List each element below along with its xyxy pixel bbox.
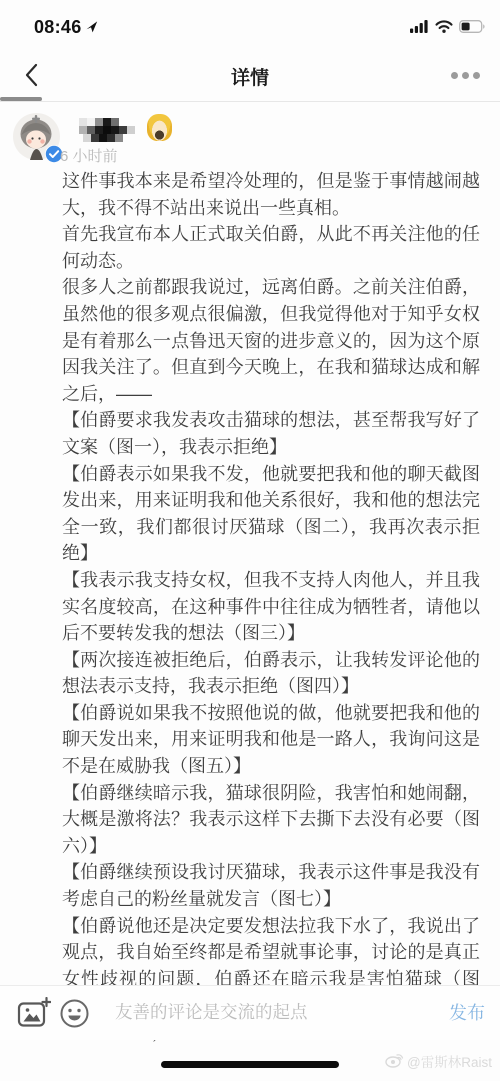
post-paragraph: 【伯爵继续预设我讨厌猫球，我表示这件事是我没有考虑自己的粉丝量就发言（图七）】 [62,859,480,912]
cellular-signal-icon [410,20,429,38]
clock-label: 08:46 [34,17,82,38]
post-body: 这件事我本来是希望冷处理的，但是鉴于事情越闹越大，我不得不站出来说出一些真相。 … [62,168,480,1046]
add-image-icon[interactable] [17,997,51,1033]
status-icons [410,20,486,38]
weibo-logo-icon [385,1052,404,1071]
status-time: 08:46 [34,17,98,38]
nav-divider [0,101,500,102]
post-paragraph: 【我表示我支持女权，但我不支持人肉他人，并且我实名度较高，在这种事件中往往成为牺… [62,567,480,647]
username-mosaic [79,118,87,126]
publish-button[interactable]: 发布 [449,999,485,1025]
comment-bar: 发布 [0,986,500,1040]
watermark: @雷斯林Raist [385,1051,492,1071]
more-icon[interactable] [451,72,480,79]
nav-bar: 详情 [0,50,500,101]
post-paragraph: 【伯爵说如果我不按照他说的做，他就要把我和他的聊天发出来，用来证明我和他是一路人… [62,700,480,780]
phone-screen: 08:46 [0,0,500,1081]
status-bar: 08:46 [0,0,500,50]
post-paragraph: 这件事我本来是希望冷处理的，但是鉴于事情越闹越大，我不得不站出来说出一些真相。 [62,168,480,221]
wifi-icon [435,20,453,38]
post-paragraph: 【伯爵要求我发表攻击猫球的想法，甚至帮我写好了文案（图一），我表示拒绝】 [62,407,480,460]
post-paragraph: 首先我宣布本人正式取关伯爵，从此不再关注他的任何动态。 [62,221,480,274]
page-title: 详情 [0,63,500,90]
post-paragraph: 【伯爵继续暗示我，猫球很阴险，我害怕和她闹翻，大概是激将法？我表示这样下去撕下去… [62,780,480,860]
battery-icon [459,20,486,38]
post-timestamp: 6 小时前 [60,145,118,166]
home-indicator [161,1061,339,1068]
watermark-text: @雷斯林Raist [407,1051,492,1071]
comment-input[interactable] [115,997,405,1027]
post-paragraph: 【伯爵表示如果我不发，他就要把我和他的聊天截图发出来，用来证明我和他关系很好，我… [62,461,480,567]
username-emoji [147,114,172,141]
emoji-icon[interactable] [60,999,89,1031]
username-censored[interactable] [79,114,172,144]
location-arrow-icon [86,17,98,38]
post-paragraph: 【两次接连被拒绝后，伯爵表示，让我转发评论他的想法表示支持，我表示拒绝（图四）】 [62,647,480,700]
post-paragraph: 很多人之前都跟我说过，远离伯爵。之前关注伯爵，虽然他的很多观点很偏激，但我觉得他… [62,274,480,407]
avatar[interactable] [13,113,60,160]
